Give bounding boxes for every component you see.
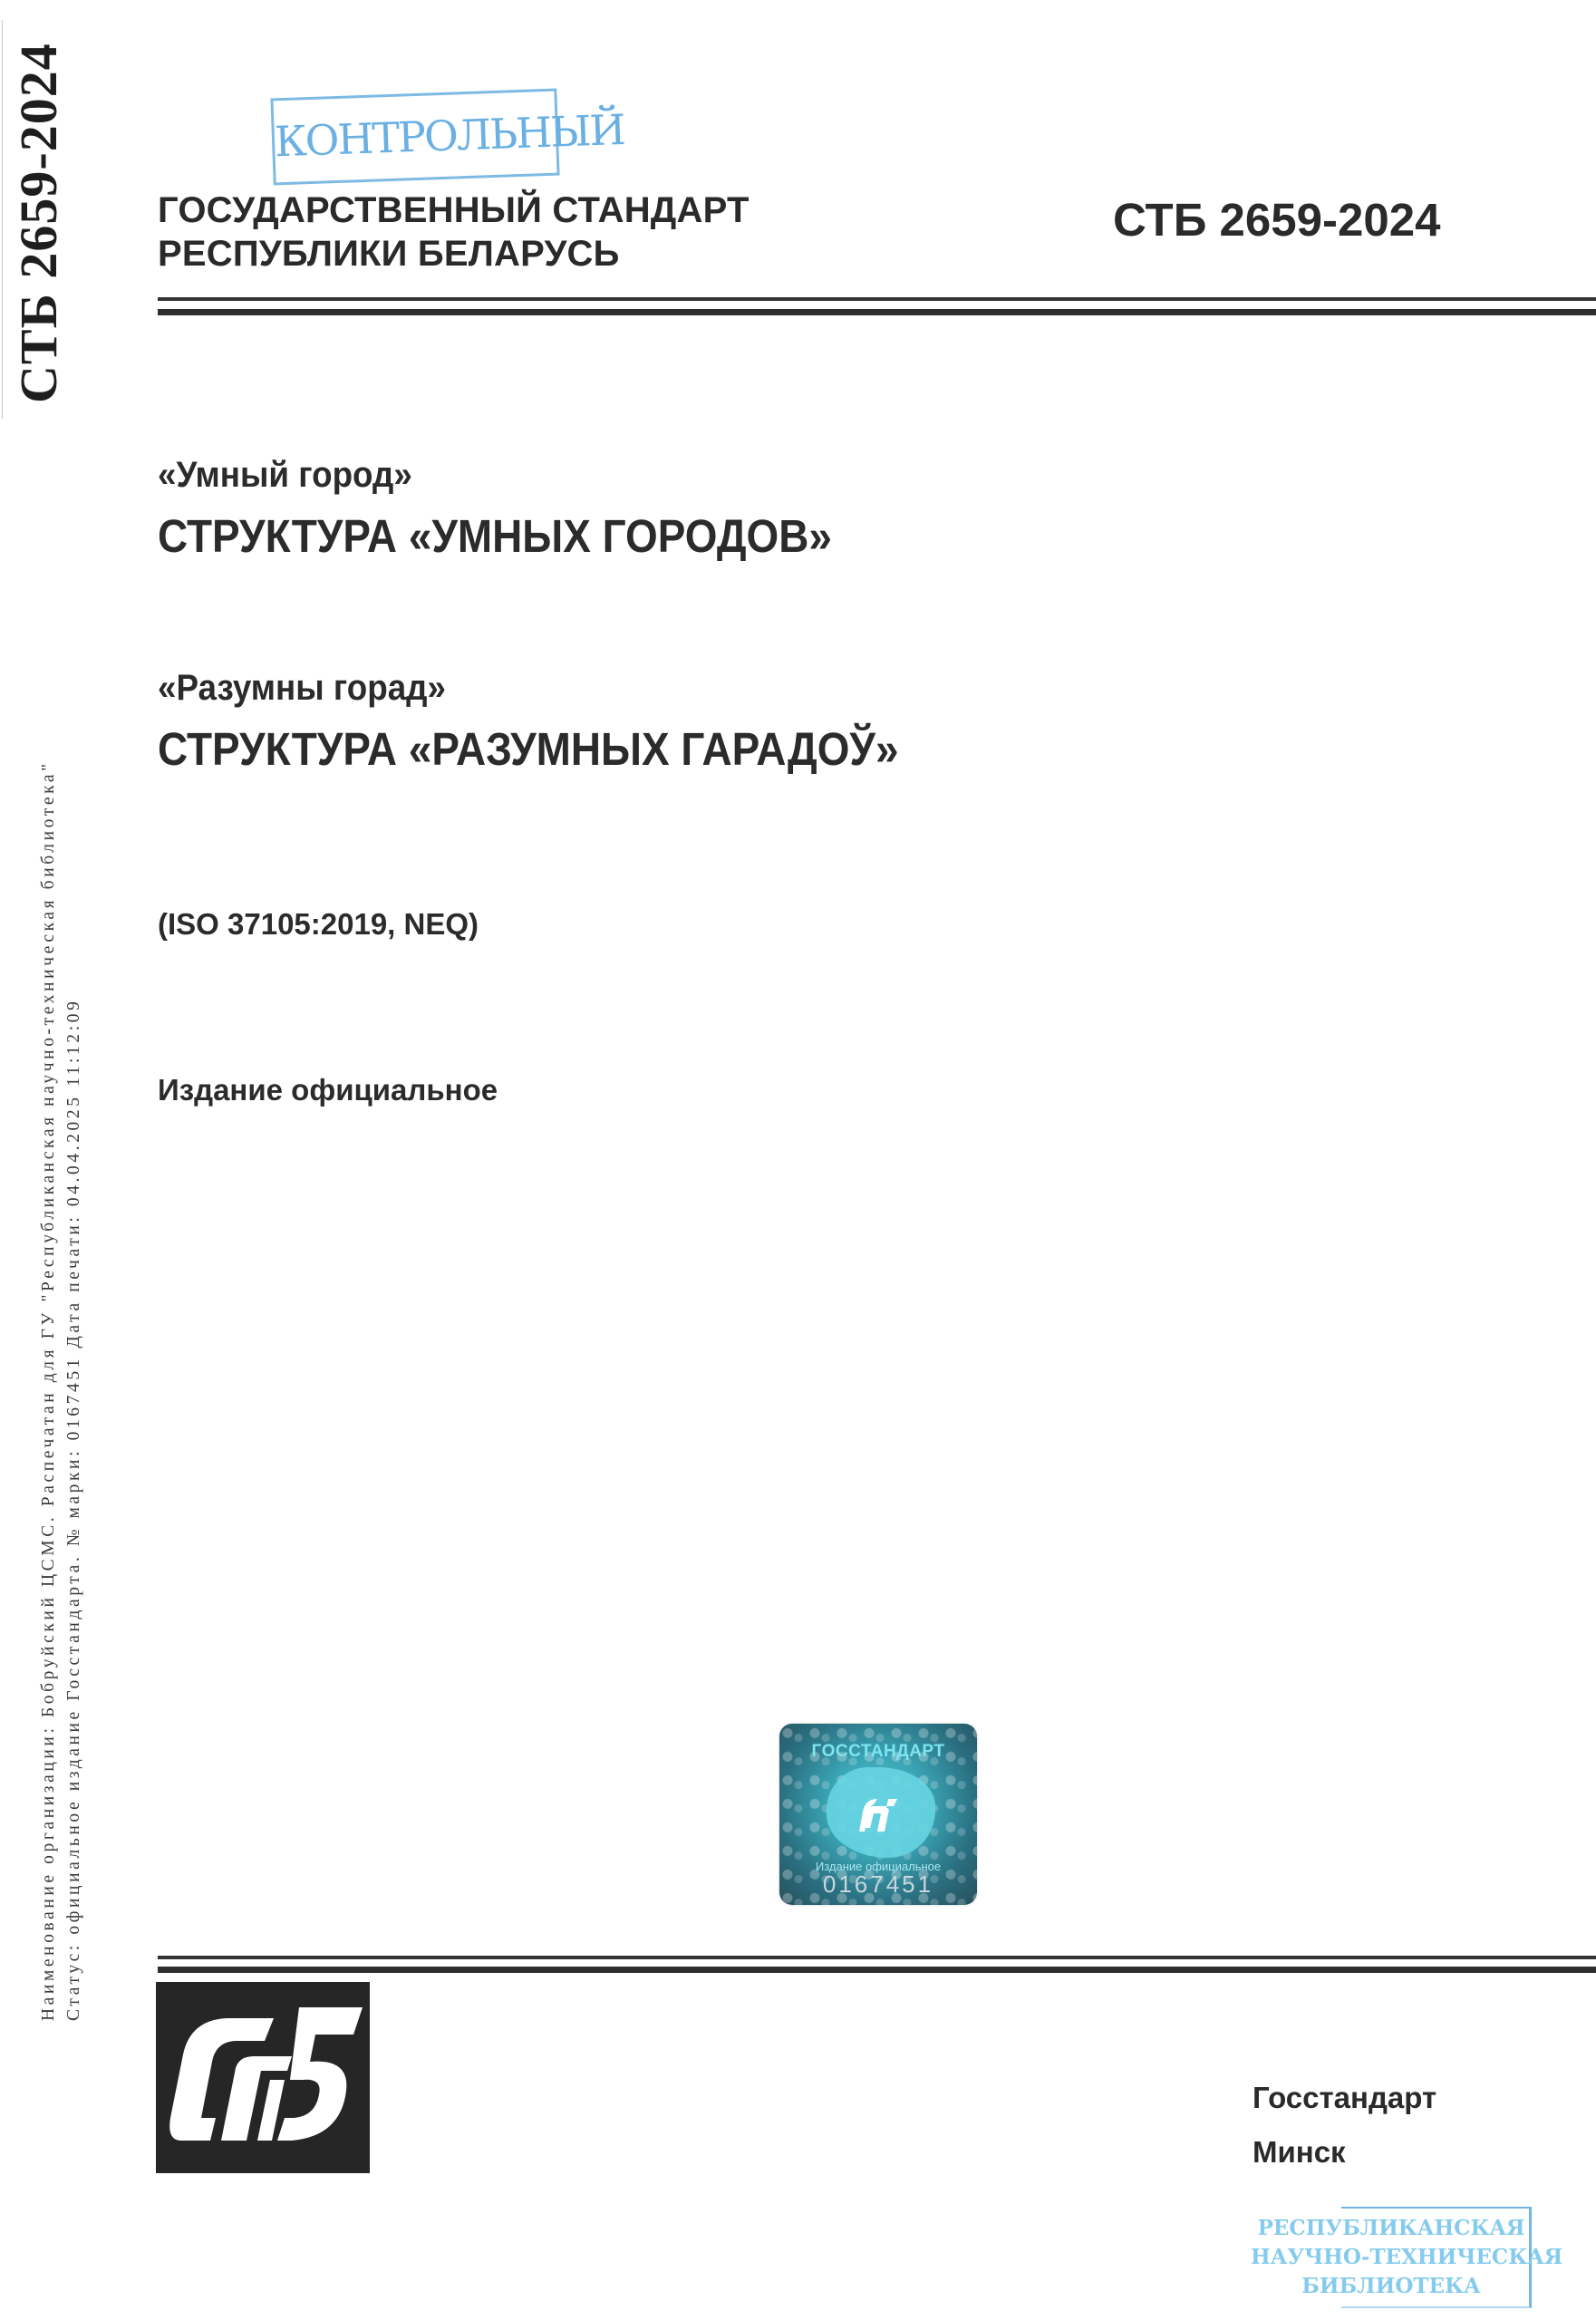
print-info-organization: Наименование организации: Бобруйский ЦСМ… xyxy=(36,498,62,2021)
header-rule-thin xyxy=(158,297,1596,301)
library-stamp-line3: БИБЛИОТЕКА xyxy=(1251,2272,1532,2301)
standard-code: СТБ 2659-2024 xyxy=(1113,193,1440,247)
library-stamp-line1: РЕСПУБЛИКАНСКАЯ xyxy=(1251,2207,1532,2243)
header-line-republic: РЕСПУБЛИКИ БЕЛАРУСЬ xyxy=(158,232,750,275)
header-line-state-standard: ГОСУДАРСТВЕННЫЙ СТАНДАРТ xyxy=(158,188,750,232)
hologram-sticker: ГОССТАНДАРТ Издание официальное 0167451 xyxy=(779,1724,977,1905)
publisher-block: Госстандарт Минск xyxy=(1253,2071,1436,2180)
title-by-subtitle: «Разумны горад» xyxy=(158,666,446,710)
hologram-title: ГОССТАНДАРТ xyxy=(779,1742,977,1762)
library-stamp: РЕСПУБЛИКАНСКАЯ НАУЧНО-ТЕХНИЧЕСКАЯ БИБЛИ… xyxy=(1251,2207,1532,2308)
stb-logo-icon xyxy=(852,1792,906,1841)
stb-logo-icon xyxy=(156,1982,370,2173)
hologram-serial-number: 0167451 xyxy=(779,1870,977,1899)
side-document-code: СТБ 2659-2024 xyxy=(7,0,71,403)
stb-logo xyxy=(156,1982,370,2173)
title-ru-subtitle: «Умный город» xyxy=(158,453,412,497)
publisher-name: Госстандарт xyxy=(1253,2071,1436,2125)
footer-rule-thick xyxy=(158,1967,1596,1973)
library-stamp-line2: НАУЧНО-ТЕХНИЧЕСКАЯ xyxy=(1251,2243,1532,2272)
iso-reference: (ISO 37105:2019, NEQ) xyxy=(158,906,479,942)
print-info-sidebar: Наименование организации: Бобруйский ЦСМ… xyxy=(36,498,87,2021)
title-ru-main: СТРУКТУРА «УМНЫХ ГОРОДОВ» xyxy=(158,509,832,564)
print-info-status: Статус: официальное издание Госстандарта… xyxy=(62,498,87,2021)
official-edition-label: Издание официальное xyxy=(158,1072,498,1108)
footer-rule-thin xyxy=(158,1956,1596,1959)
header-rule-thick xyxy=(158,309,1596,315)
standard-header: ГОСУДАРСТВЕННЫЙ СТАНДАРТ РЕСПУБЛИКИ БЕЛА… xyxy=(158,188,750,275)
margin-tick-line xyxy=(2,20,3,419)
publisher-city: Минск xyxy=(1253,2125,1436,2180)
control-stamp: КОНТРОЛЬНЫЙ xyxy=(270,89,559,186)
title-by-main: СТРУКТУРА «РАЗУМНЫХ ГАРАДОЎ» xyxy=(158,722,899,777)
